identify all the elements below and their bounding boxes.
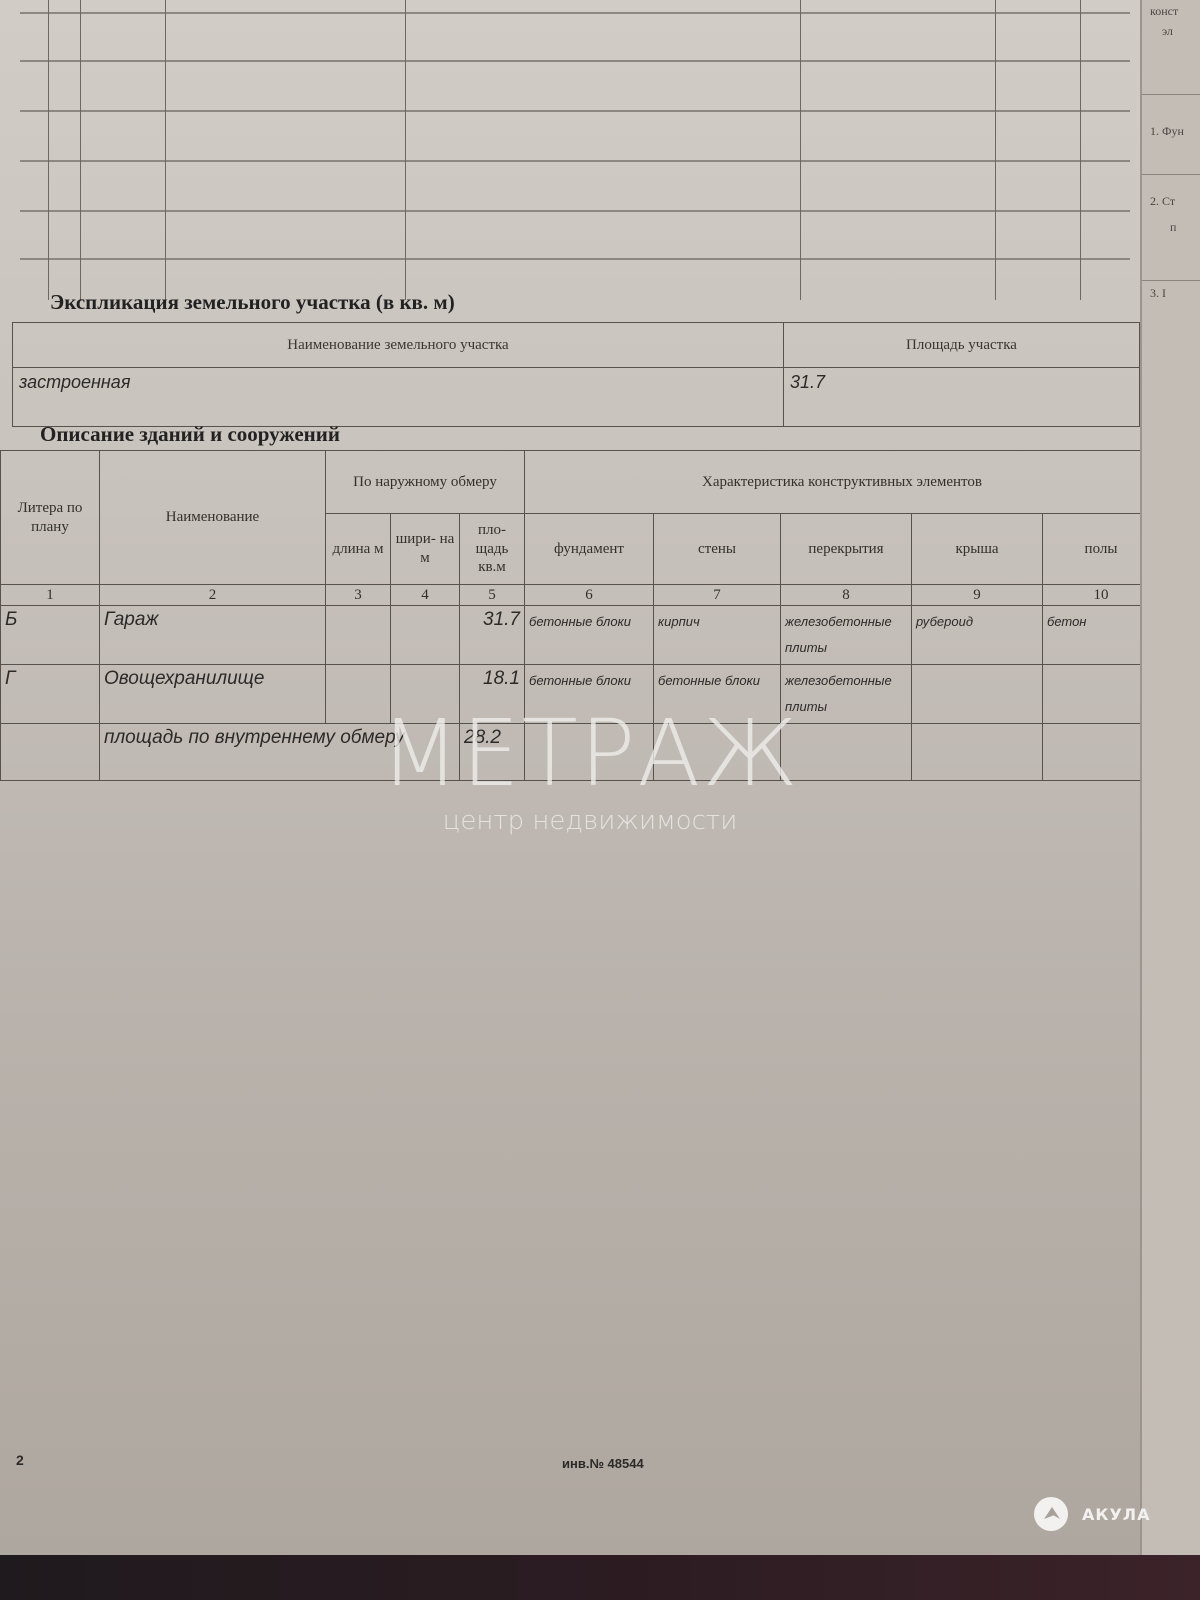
fragment: 1. Фун	[1150, 124, 1184, 139]
adjacent-page: конст эл 1. Фун 2. Ст п 3. I	[1140, 0, 1200, 1555]
row-letter: Б	[1, 606, 100, 665]
source-badge: АКУЛА	[1034, 1497, 1150, 1531]
col-num: 2	[100, 585, 326, 606]
header-elements-group: Характеристика конструктивных элементов	[525, 451, 1160, 514]
header-ceiling: перекрытия	[781, 514, 912, 585]
column-numbers-row: 1 2 3 4 5 6 7 8 9 10	[1, 585, 1160, 606]
header-walls: стены	[654, 514, 781, 585]
col-num: 3	[326, 585, 391, 606]
header-length: длина м	[326, 514, 391, 585]
row-area: 31.7	[460, 606, 525, 665]
col-num: 1	[1, 585, 100, 606]
header-letter: Литера по плану	[1, 451, 100, 585]
row-length	[326, 606, 391, 665]
fragment: 2. Ст	[1150, 194, 1175, 209]
row-width	[391, 606, 460, 665]
header-area: пло- щадь кв.м	[460, 514, 525, 585]
row-letter: Г	[1, 665, 100, 724]
row-foundation: бетонные блоки	[525, 606, 654, 665]
table-row: застроенная 31.7	[13, 368, 1140, 427]
fragment: эл	[1162, 24, 1173, 39]
table-row: Б Гараж 31.7 бетонные блоки кирпич желез…	[1, 606, 1160, 665]
fragment: 3. I	[1150, 286, 1166, 301]
row-ceiling: железобетонные плиты	[781, 606, 912, 665]
background-surface	[0, 1555, 1200, 1600]
row-walls: кирпич	[654, 606, 781, 665]
row-roof	[912, 665, 1043, 724]
header-name: Наименование	[100, 451, 326, 585]
row-name: Гараж	[100, 606, 326, 665]
land-explication-title: Экспликация земельного участка (в кв. м)	[50, 290, 455, 315]
watermark-title: МЕТРАЖ	[380, 700, 800, 807]
col-num: 4	[391, 585, 460, 606]
col-num: 7	[654, 585, 781, 606]
header-foundation: фундамент	[525, 514, 654, 585]
fragment: конст	[1150, 4, 1178, 19]
watermark-subtitle: центр недвижимости	[380, 806, 800, 836]
buildings-title: Описание зданий и сооружений	[40, 422, 340, 447]
row-ceiling: железобетонные плиты	[781, 665, 912, 724]
row-name: Овощехранилище	[100, 665, 326, 724]
land-explication-table: Наименование земельного участка Площадь …	[12, 322, 1140, 427]
header-width: шири- на м	[391, 514, 460, 585]
fragment: п	[1170, 220, 1176, 235]
col-num: 5	[460, 585, 525, 606]
page-number: 2	[16, 1452, 24, 1468]
col-num: 8	[781, 585, 912, 606]
shark-logo-icon	[1034, 1497, 1068, 1531]
land-name: застроенная	[13, 368, 784, 427]
header-land-name: Наименование земельного участка	[13, 323, 784, 368]
badge-label: АКУЛА	[1082, 1505, 1150, 1524]
header-roof: крыша	[912, 514, 1043, 585]
row-roof: рубероид	[912, 606, 1043, 665]
empty-table-grid	[20, 0, 1130, 300]
header-outer-group: По наружному обмеру	[326, 451, 525, 514]
col-num: 9	[912, 585, 1043, 606]
inventory-number: инв.№ 48544	[562, 1456, 644, 1471]
col-num: 6	[525, 585, 654, 606]
land-area: 31.7	[784, 368, 1140, 427]
header-land-area: Площадь участка	[784, 323, 1140, 368]
